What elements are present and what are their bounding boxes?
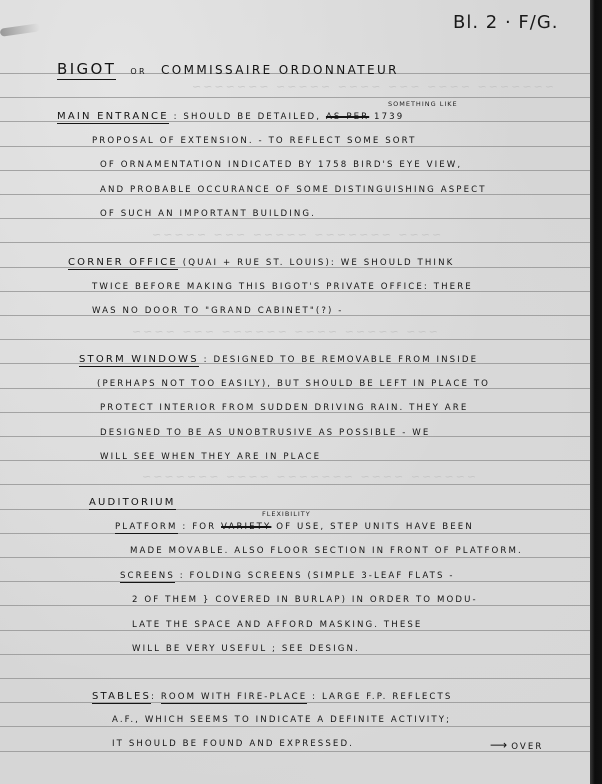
platform-heading: Platform [115,522,178,534]
main-entrance-line-5: of such an important building. [100,210,316,219]
paper-fold-mark [0,23,40,36]
ruled-line [0,605,590,606]
ruled-line [0,339,590,340]
text-fragment: (Quai + Rue St. Louis): we should think [183,258,455,268]
stables-line-3: it should be found and expressed. [112,740,354,749]
ruled-line [0,726,590,727]
ruled-line [0,557,590,558]
bleed-through-text: ~~~~~~~ ~~~~ ~~~ ~~~~ ~~~~~ ~~~~~~~ [190,80,554,93]
main-entrance-line-4: and probable occurance of some distingui… [100,186,487,195]
text-fragment: 1739 [374,112,404,122]
right-arrow-icon: ⟶ [490,738,507,752]
stables-heading: Stables [92,691,151,704]
storm-windows-line-2: (perhaps not too easily), but should be … [97,380,490,389]
main-entrance-line-3: of ornamentation indicated by 1758 bird'… [100,161,462,170]
screens-line-2: 2 of them } covered in burlap) in order … [132,596,478,605]
ruled-line [0,242,590,243]
storm-windows-line-4: designed to be as unobtrusive as possibl… [100,429,430,438]
scan-edge-shadow [590,0,602,784]
screens-heading: Screens [120,571,175,583]
corner-office-line-3: was no door to "Grand Cabinet"(?) - [92,307,343,316]
screens-line-4: will be very useful ; see design. [132,645,360,654]
text-fragment: of use, step units have been [276,522,474,532]
struck-text: as per [326,112,369,122]
insertion-note: something like [388,100,458,108]
handwritten-note-page: ~~~~~~~ ~~~~ ~~~ ~~~~ ~~~~~ ~~~~~~~ ~~~~… [0,0,590,784]
ruled-line [0,630,590,631]
storm-windows-line-5: will see when they are in place [100,453,321,462]
ruled-line [0,678,590,679]
storm-windows-line-1: Storm Windows : Designed to be removable… [79,355,478,365]
title-main: Bigot [57,60,116,80]
ruled-line [0,146,590,147]
sheet-reference: Bl. 2 · F/G. [453,12,559,33]
main-entrance-line-2: proposal of extension. - to reflect some… [92,137,416,146]
struck-text: variety [221,522,271,532]
ruled-line [0,654,590,655]
platform-line-1: Platform : for variety of use, step unit… [115,523,474,532]
corner-office-line-2: twice before making this Bigot's private… [92,283,473,292]
screens-line-1: Screens : Folding screens (simple 3-leaf… [120,572,455,581]
storm-windows-line-3: protect interior from sudden driving rai… [100,404,468,413]
title-rest: Commissaire Ordonnateur [161,63,399,77]
ruled-line [0,170,590,171]
corner-office-line-1: Corner office (Quai + Rue St. Louis): we… [68,258,454,268]
storm-windows-heading: Storm Windows [79,354,199,367]
stables-line-1: Stables: Room with fire-place : Large F.… [92,692,452,702]
screens-line-3: late the space and afford masking. These [132,621,422,630]
text-fragment: : Folding screens (simple 3-leaf flats - [180,571,455,581]
title-or: or [130,67,147,76]
corner-office-heading: Corner office [68,257,178,270]
over-label: over [511,742,543,752]
continue-over-marker: ⟶over [490,739,544,752]
stables-subheading: Room with fire-place [161,692,307,704]
bleed-through-text: ~~~~ ~~~~~~~ ~~~~~ ~~~ ~~~~~ [150,228,441,241]
ruled-line [0,581,590,582]
platform-line-2: made movable. Also floor section in fron… [130,547,523,556]
insertion-note: flexibility [262,510,311,518]
bleed-through-text: ~~~~~~ ~~~~ ~~~~~~~ ~~~~ ~~~~~~~ [140,470,476,483]
text-fragment: : for [182,522,216,532]
page-title: BigotorCommissaire Ordonnateur [57,60,399,78]
ruled-line [0,533,590,534]
text-fragment: : Large F.P. reflects [312,692,452,702]
main-entrance-line-1: Main Entrance : Should be detailed, as p… [57,112,404,122]
auditorium-line: Auditorium [89,498,176,508]
auditorium-heading: Auditorium [89,497,176,510]
bleed-through-text: ~~~ ~~~~~ ~~~~ ~~~~~~ ~~~ ~~~~ [130,325,438,338]
ruled-line [0,97,590,98]
main-entrance-heading: Main Entrance [57,111,169,124]
colon: : [151,692,161,702]
ruled-line [0,484,590,485]
text-fragment: : Designed to be removable from inside [204,355,478,365]
stables-line-2: A.F., which seems to indicate a definite… [112,716,451,725]
text-fragment: : Should be detailed, [174,112,322,122]
